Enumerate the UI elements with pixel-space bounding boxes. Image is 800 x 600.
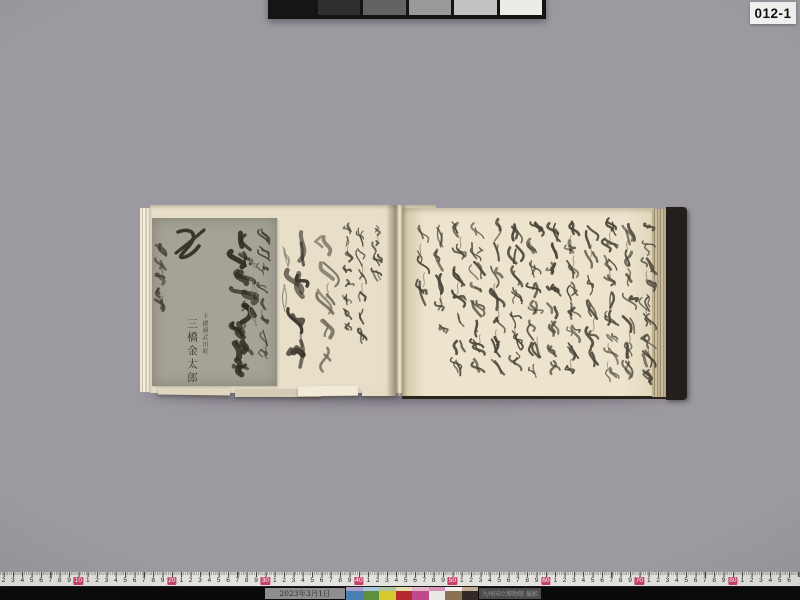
color-patch-column bbox=[396, 587, 413, 600]
ruler-number: 2 bbox=[469, 577, 473, 585]
ruler-number: 7 bbox=[236, 577, 240, 585]
ruler-number: 2 bbox=[656, 577, 660, 585]
ruler-number: 9 bbox=[628, 577, 632, 585]
ruler-number: 5 bbox=[30, 577, 34, 585]
ruler-number: 5 bbox=[497, 577, 501, 585]
ruler-number: 8 bbox=[432, 577, 436, 585]
bottom-info-strip: 2023年3月1日 九州国立博物館 撮影 bbox=[0, 587, 800, 600]
grayscale-patch bbox=[500, 0, 543, 15]
ruler-number: 9 bbox=[441, 577, 445, 585]
printed-address-text: 下總國武田町 bbox=[200, 313, 209, 355]
ruler-number: 1 bbox=[647, 577, 651, 585]
color-patch bbox=[396, 591, 413, 600]
catalog-id-label: 012-1 bbox=[750, 2, 796, 24]
color-patch-column bbox=[462, 587, 479, 600]
ruler-number: 5 bbox=[123, 577, 127, 585]
color-patch bbox=[363, 591, 380, 600]
ruler-number: 7 bbox=[423, 577, 427, 585]
pasted-paper-label: 下總國武田町 三橋金太郎 bbox=[152, 218, 277, 386]
ruler-number: 8 bbox=[525, 577, 529, 585]
museum-credit-label: 九州国立博物館 撮影 bbox=[479, 588, 541, 599]
ruler-decade-number: 80 bbox=[728, 577, 737, 585]
grayscale-patch bbox=[318, 0, 361, 15]
color-calibration-chart bbox=[346, 587, 478, 600]
ruler-number: 1 bbox=[460, 577, 464, 585]
color-patch-column bbox=[429, 587, 446, 600]
ruler-number: 9 bbox=[161, 577, 165, 585]
ruler-number: 8 bbox=[245, 577, 249, 585]
ruler-number: 8 bbox=[338, 577, 342, 585]
ruler-number: 5 bbox=[310, 577, 314, 585]
color-patch-column bbox=[412, 587, 429, 600]
ruler-decade-number: 10 bbox=[74, 577, 83, 585]
ruler-number: 7 bbox=[516, 577, 520, 585]
ruler-number: 7 bbox=[329, 577, 333, 585]
printed-name-text: 三橋金太郎 bbox=[185, 318, 200, 386]
color-patch bbox=[346, 591, 363, 600]
ruler-decade-number: 40 bbox=[354, 577, 363, 585]
ruler-number: 6 bbox=[507, 577, 511, 585]
ruler-number: 4 bbox=[394, 577, 398, 585]
book-cover-right bbox=[666, 207, 687, 400]
ruler-number: 1 bbox=[273, 577, 277, 585]
ruler-number: 6 bbox=[39, 577, 43, 585]
ruler-decade-number: 60 bbox=[541, 577, 550, 585]
color-patch-column bbox=[363, 587, 380, 600]
ruler-number: 3 bbox=[572, 577, 576, 585]
ruler-number: 7 bbox=[703, 577, 707, 585]
ruler-number: 1 bbox=[740, 577, 744, 585]
grayscale-patch bbox=[272, 0, 315, 15]
ruler-number: 8 bbox=[151, 577, 155, 585]
museum-photograph: 012-1 下總國武田町 三橋金太郎 234567891012345678920… bbox=[0, 0, 800, 600]
ruler-number: 3 bbox=[105, 577, 109, 585]
ruler-number: 3 bbox=[759, 577, 763, 585]
ruler-number: 3 bbox=[292, 577, 296, 585]
ruler-decade-number: 20 bbox=[167, 577, 176, 585]
ruler-number: 6 bbox=[133, 577, 137, 585]
ruler-number: 6 bbox=[787, 577, 791, 585]
ruler-number: 1 bbox=[86, 577, 90, 585]
ruler-decade-number: 70 bbox=[635, 577, 644, 585]
ruler-number: 4 bbox=[114, 577, 118, 585]
ruler-number: 2 bbox=[376, 577, 380, 585]
ruler-number: 2 bbox=[282, 577, 286, 585]
ruler-number: 6 bbox=[600, 577, 604, 585]
ruler-number: 6 bbox=[320, 577, 324, 585]
ruler-number: 2 bbox=[563, 577, 567, 585]
ruler-number: 8 bbox=[58, 577, 62, 585]
protruding-page-edge bbox=[158, 386, 230, 395]
book-gutter bbox=[386, 205, 408, 396]
ruler-number: 3 bbox=[666, 577, 670, 585]
open-album-book: 下總國武田町 三橋金太郎 bbox=[140, 205, 687, 397]
ruler-number: 1 bbox=[553, 577, 557, 585]
ruler-number: 2 bbox=[95, 577, 99, 585]
ruler-number: 9 bbox=[67, 577, 71, 585]
ruler-number: 3 bbox=[385, 577, 389, 585]
ruler-number: 5 bbox=[684, 577, 688, 585]
ruler-number: 7 bbox=[610, 577, 614, 585]
ruler-cm-ticks bbox=[0, 572, 800, 577]
ruler-number: 3 bbox=[479, 577, 483, 585]
ruler-number: 4 bbox=[301, 577, 305, 585]
ruler-number: 4 bbox=[768, 577, 772, 585]
grayscale-patch bbox=[409, 0, 452, 15]
ruler-number: 5 bbox=[591, 577, 595, 585]
ruler-number: 4 bbox=[207, 577, 211, 585]
ruler-number: 6 bbox=[413, 577, 417, 585]
ruler-number: 2 bbox=[2, 577, 6, 585]
ruler-number: 5 bbox=[217, 577, 221, 585]
protruding-page-edge bbox=[298, 386, 358, 397]
ruler-decade-number: 50 bbox=[448, 577, 457, 585]
ruler-number: 4 bbox=[20, 577, 24, 585]
color-patch-column bbox=[445, 587, 462, 600]
color-patch-column bbox=[346, 587, 363, 600]
grayscale-patch bbox=[454, 0, 497, 15]
ruler-number: 7 bbox=[49, 577, 53, 585]
ruler-number: 8 bbox=[619, 577, 623, 585]
ruler-number: 9 bbox=[254, 577, 258, 585]
ruler-number: 1 bbox=[179, 577, 183, 585]
ruler-number: 5 bbox=[404, 577, 408, 585]
ruler-number: 3 bbox=[198, 577, 202, 585]
ruler-number: 9 bbox=[535, 577, 539, 585]
color-patch bbox=[412, 591, 429, 600]
right-page bbox=[402, 208, 654, 396]
ruler-number: 2 bbox=[750, 577, 754, 585]
grayscale-patch bbox=[363, 0, 406, 15]
ruler-number: 5 bbox=[778, 577, 782, 585]
ruler-number: 4 bbox=[581, 577, 585, 585]
ruler-number: 2 bbox=[189, 577, 193, 585]
ruler-number: 1 bbox=[366, 577, 370, 585]
ruler-number: 7 bbox=[142, 577, 146, 585]
ruler-number: 6 bbox=[694, 577, 698, 585]
color-patch bbox=[462, 591, 479, 600]
ruler-number: 4 bbox=[488, 577, 492, 585]
ruler-decade-number: 30 bbox=[261, 577, 270, 585]
ruler-number: 9 bbox=[348, 577, 352, 585]
photo-date-label: 2023年3月1日 bbox=[265, 588, 345, 599]
ruler-number: 6 bbox=[226, 577, 230, 585]
ruler-number: 8 bbox=[712, 577, 716, 585]
color-patch bbox=[379, 591, 396, 600]
ruler-number: 4 bbox=[675, 577, 679, 585]
ruler-number: 3 bbox=[11, 577, 15, 585]
color-patch-column bbox=[379, 587, 396, 600]
color-patch bbox=[445, 591, 462, 600]
grayscale-calibration-bar bbox=[268, 0, 546, 19]
ruler-number: 9 bbox=[722, 577, 726, 585]
photographic-scale-ruler: 2345678910123456789201234567893012345678… bbox=[0, 572, 800, 587]
color-patch bbox=[429, 591, 446, 600]
